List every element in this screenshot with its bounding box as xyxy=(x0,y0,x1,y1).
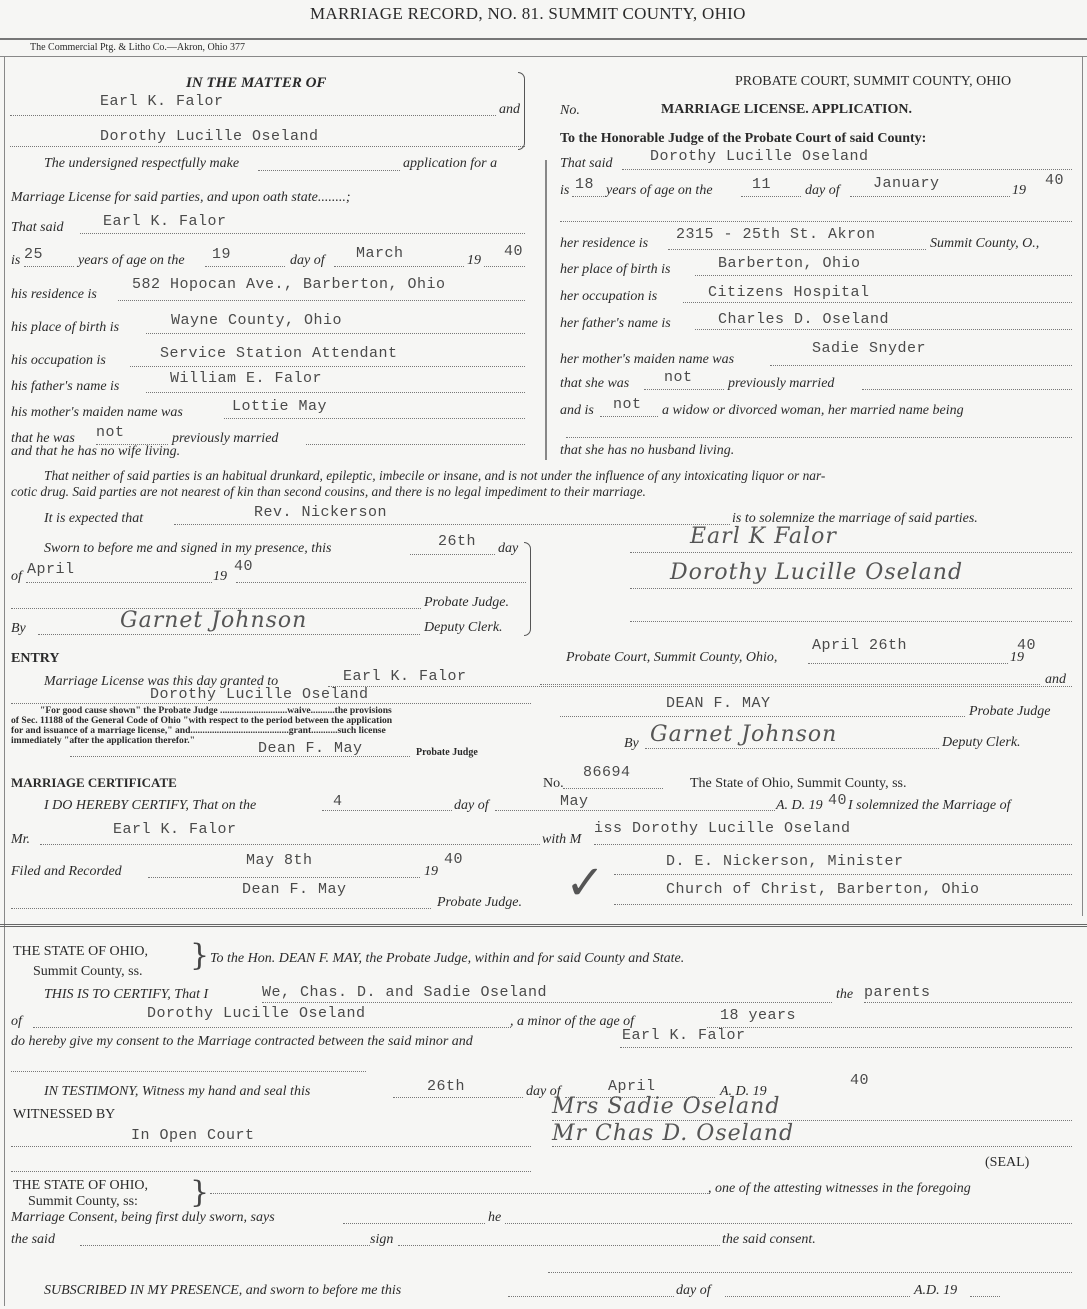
church-name: Church of Christ, Barberton, Ohio xyxy=(666,881,980,898)
father-signature: Mr Chas D. Oseland xyxy=(552,1121,794,1146)
sworn-day: 26th xyxy=(438,533,476,550)
printer-credit: The Commercial Ptg. & Litho Co.—Akron, O… xyxy=(30,42,245,53)
bride-signature: Dorothy Lucille Oseland xyxy=(670,560,963,585)
officiant: Rev. Nickerson xyxy=(254,504,387,521)
right-margin-line xyxy=(1082,56,1083,916)
party1-name: Earl K. Falor xyxy=(100,93,224,110)
testimony-day: 26th xyxy=(427,1078,465,1095)
bride-name: Dorothy Lucille Oseland xyxy=(650,148,869,165)
filed-judge: Dean F. May xyxy=(242,881,347,898)
clerk-signature: Garnet Johnson xyxy=(120,608,307,633)
certificate-day: 4 xyxy=(333,793,343,810)
mother-signature: Mrs Sadie Oseland xyxy=(552,1094,780,1119)
license-title: MARRIAGE LICENSE. APPLICATION. xyxy=(661,102,912,118)
minister-name: D. E. Nickerson, Minister xyxy=(666,853,904,870)
bride-mother: Sadie Snyder xyxy=(812,340,926,357)
witness: In Open Court xyxy=(131,1127,255,1144)
check-mark-icon: ✓ xyxy=(565,855,605,911)
bride-month: January xyxy=(873,175,940,192)
groom-residence: 582 Hopocan Ave., Barberton, Ohio xyxy=(132,276,446,293)
filed-date: May 8th xyxy=(246,852,313,869)
groom-name: Earl K. Falor xyxy=(103,213,227,230)
bride-residence: 2315 - 25th St. Akron xyxy=(676,226,876,243)
record-title: MARRIAGE RECORD, NO. 81. SUMMIT COUNTY, … xyxy=(310,4,746,24)
seal-label: (SEAL) xyxy=(985,1155,1029,1171)
entry-bride: Dorothy Lucille Oseland xyxy=(150,686,369,703)
certificate-month: May xyxy=(560,793,589,810)
groom-occupation: Service Station Attendant xyxy=(160,345,398,362)
entry-judge: Dean F. May xyxy=(258,740,363,757)
minor-age: 18 years xyxy=(720,1007,796,1024)
groom-age: 25 xyxy=(24,246,43,263)
certificate-heading: MARRIAGE CERTIFICATE xyxy=(11,775,177,791)
groom-signature: Earl K Falor xyxy=(690,524,837,549)
court-heading: PROBATE COURT, SUMMIT COUNTY, OHIO xyxy=(735,74,1011,90)
top-rule xyxy=(0,38,1087,40)
bride-occupation: Citizens Hospital xyxy=(708,284,870,301)
bride-day: 11 xyxy=(752,176,771,193)
and-label: and xyxy=(499,102,520,118)
section-divider xyxy=(0,924,1087,927)
oath-paragraph: That neither of said parties is an habit… xyxy=(44,468,825,484)
groom-birthplace: Wayne County, Ohio xyxy=(171,312,342,329)
sworn-month: April xyxy=(27,561,75,578)
consent-groom: Earl K. Falor xyxy=(622,1027,746,1044)
left-margin-line xyxy=(4,56,5,1306)
parents-names: We, Chas. D. and Sadie Oseland xyxy=(262,984,547,1001)
groom-day: 19 xyxy=(212,246,231,263)
bride-father: Charles D. Oseland xyxy=(718,311,889,328)
entry-clerk-signature: Garnet Johnson xyxy=(650,722,837,747)
entry-judge-upper: DEAN F. MAY xyxy=(666,695,771,712)
certificate-bride: iss Dorothy Lucille Oseland xyxy=(594,820,851,837)
certificate-number: 86694 xyxy=(583,764,631,781)
center-divider xyxy=(545,160,547,460)
entry-heading: ENTRY xyxy=(11,651,60,667)
entry-groom: Earl K. Falor xyxy=(343,668,467,685)
testimony-month: April xyxy=(608,1078,656,1095)
entry-date: April 26th xyxy=(812,637,907,654)
matter-brace xyxy=(518,72,525,150)
certificate-groom: Earl K. Falor xyxy=(113,821,237,838)
minor-name: Dorothy Lucille Oseland xyxy=(147,1005,366,1022)
bride-age: 18 xyxy=(575,176,594,193)
groom-mother: Lottie May xyxy=(232,398,327,415)
party2-name: Dorothy Lucille Oseland xyxy=(100,128,319,145)
groom-father: William E. Falor xyxy=(170,370,322,387)
matter-heading: IN THE MATTER OF xyxy=(186,75,326,92)
top-rule-2 xyxy=(0,56,1087,57)
groom-month: March xyxy=(356,245,404,262)
bride-birthplace: Barberton, Ohio xyxy=(718,255,861,272)
undersigned-label: The undersigned respectfully make xyxy=(44,156,239,172)
